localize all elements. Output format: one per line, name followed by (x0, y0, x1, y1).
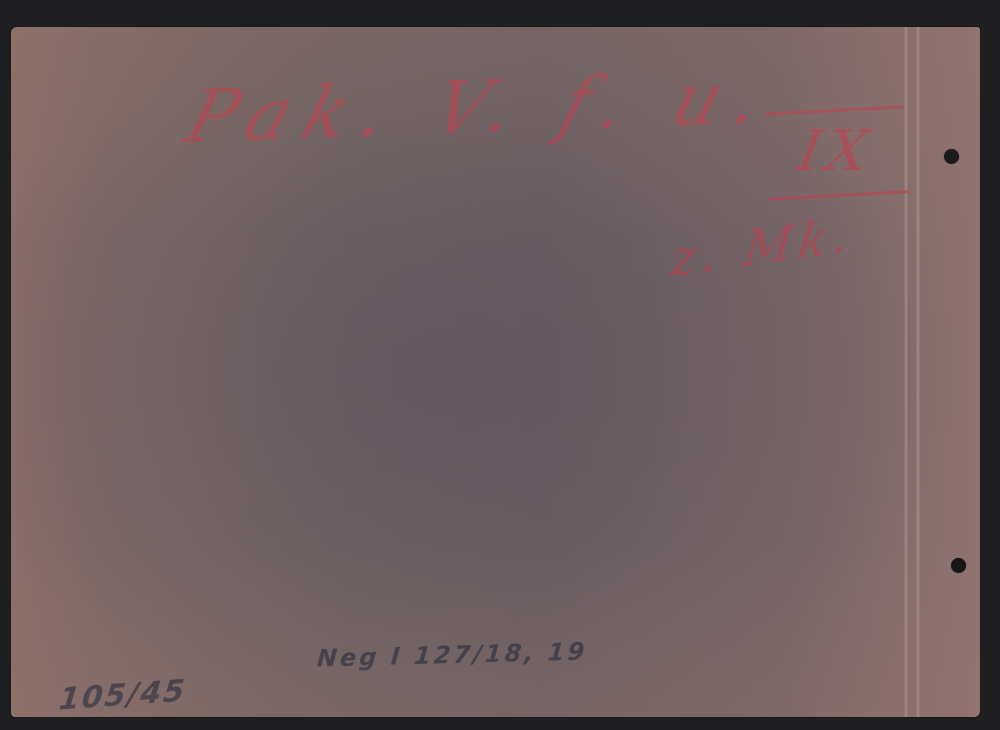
negative-reference: Neg I 127/18, 19 (316, 637, 588, 672)
fold-line (916, 27, 920, 717)
inventory-number: 105/45 (57, 673, 188, 717)
red-pencil-title: Pak. V. f. u. (177, 54, 785, 159)
red-pencil-subnote: z. Mk. (667, 205, 858, 288)
punch-hole-top (944, 149, 959, 164)
archival-card: Pak. V. f. u. IX z. Mk. Neg I 127/18, 19… (11, 27, 980, 717)
red-pencil-roman-numeral: IX (793, 119, 878, 184)
punch-hole-bottom (951, 558, 966, 573)
